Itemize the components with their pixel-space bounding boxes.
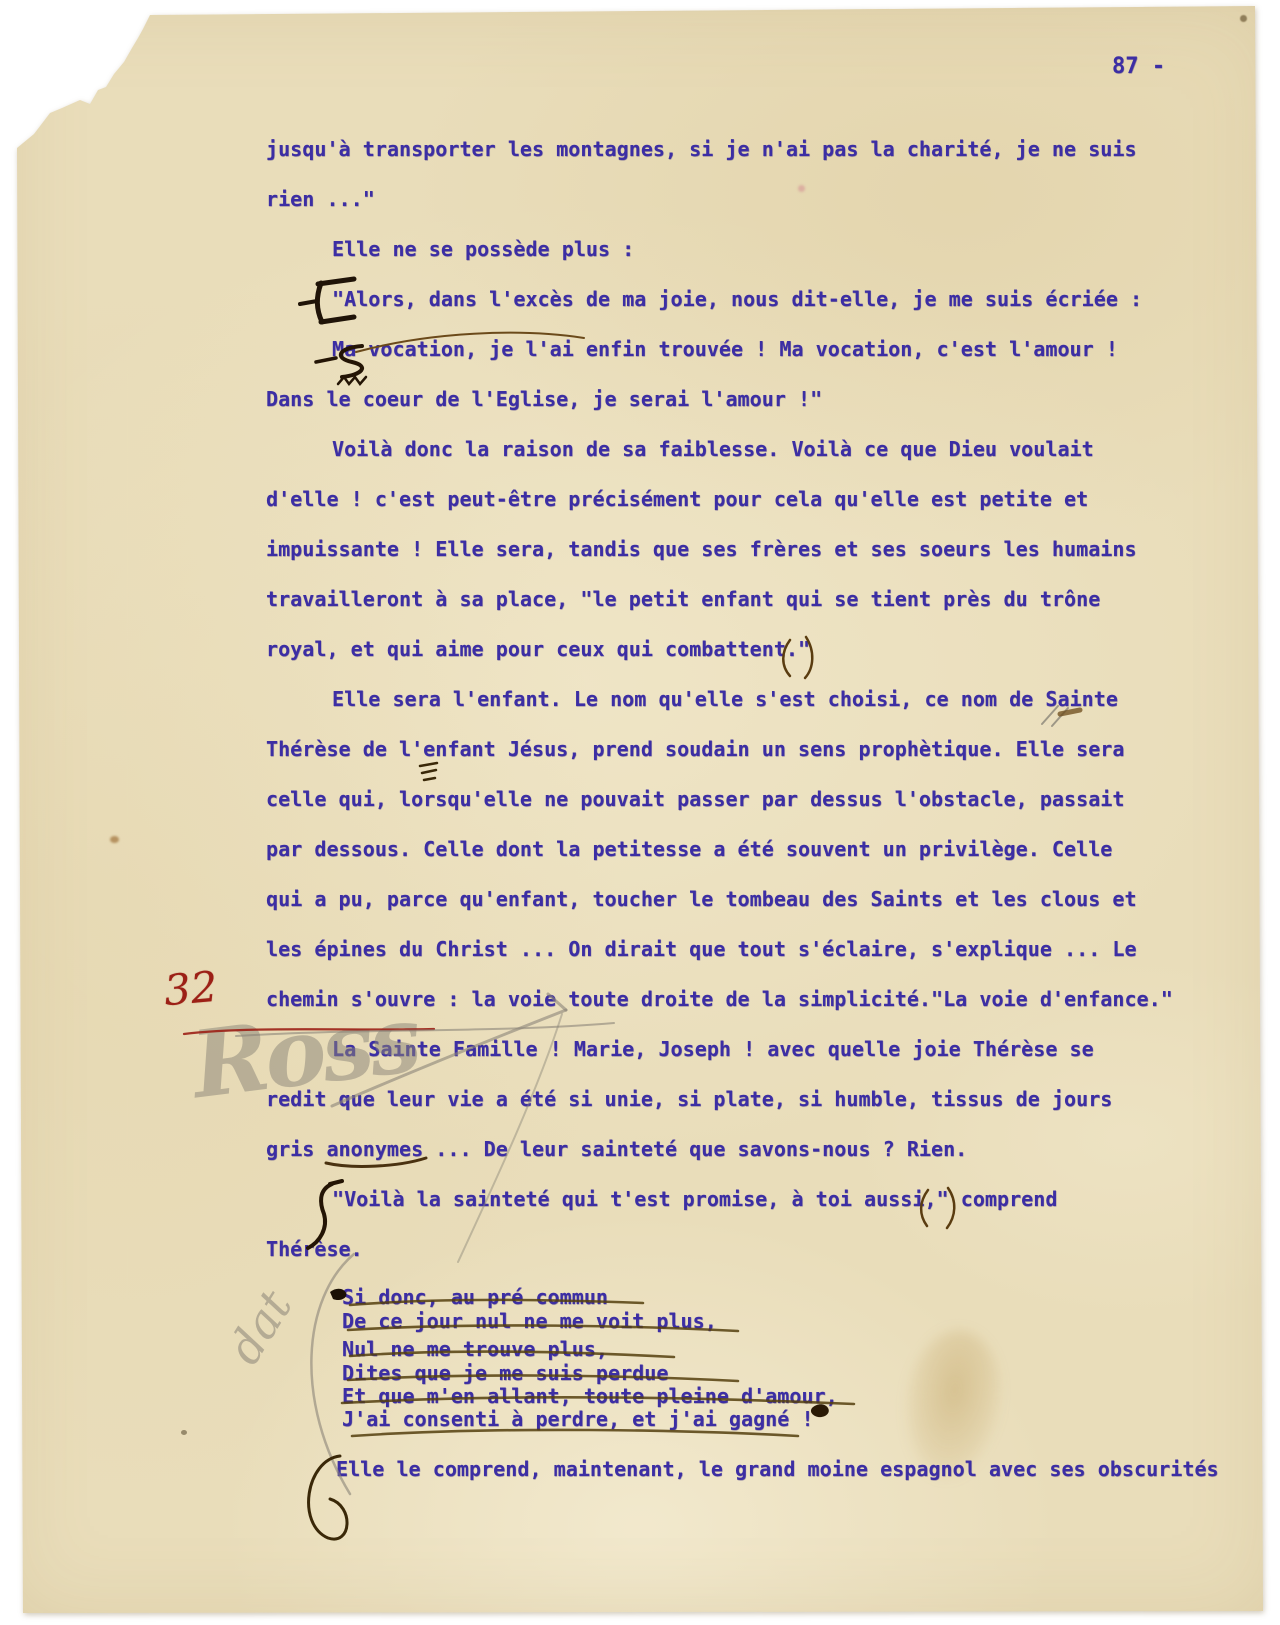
typed-line: "Alors, dans l'excès de ma joie, nous di…	[332, 288, 1142, 310]
typed-line: royal, et qui aime pour ceux qui combatt…	[266, 638, 810, 660]
typed-line: "Voilà la sainteté qui t'est promise, à …	[332, 1188, 1057, 1210]
typed-line: impuissante ! Elle sera, tandis que ses …	[266, 538, 1137, 560]
poem-line: De ce jour nul ne me voit plus,	[342, 1310, 717, 1332]
typed-line: La Sainte Famille ! Marie, Joseph ! avec…	[332, 1038, 1094, 1060]
manuscript-scan: 87 - jusqu'à transporter les montagnes, …	[0, 0, 1280, 1625]
typed-line: qui a pu, parce qu'enfant, toucher le to…	[266, 888, 1137, 910]
typed-line: travailleront à sa place, "le petit enfa…	[266, 588, 1100, 610]
typed-line: Thérèse de l'enfant Jésus, prend soudain…	[266, 738, 1124, 760]
paper-sheet: 87 - jusqu'à transporter les montagnes, …	[0, 0, 1280, 1625]
typed-line: par dessous. Celle dont la petitesse a é…	[266, 838, 1112, 860]
typed-line: jusqu'à transporter les montagnes, si je…	[266, 138, 1137, 160]
paper-speck	[181, 1430, 187, 1435]
red-margin-number: 32	[162, 962, 220, 1015]
poem-line: Et que m'en allant, toute pleine d'amour…	[342, 1385, 838, 1407]
paper-speck	[798, 185, 805, 192]
typed-line: Voilà donc la raison de sa faiblesse. Vo…	[332, 438, 1094, 460]
typed-line: gris anonymes ... De leur sainteté que s…	[266, 1138, 967, 1160]
paper-speck	[1240, 15, 1247, 22]
typed-line: Ma vocation, je l'ai enfin trouvée ! Ma …	[332, 338, 1118, 360]
paper-speck	[110, 836, 119, 843]
typed-line: Thérèse.	[266, 1238, 363, 1260]
enfant-underline-mark	[420, 763, 437, 780]
poem-line: Dites que je me suis perdue	[342, 1362, 668, 1384]
poem-line: J'ai consenti à perdre, et j'ai gagné !	[342, 1408, 814, 1430]
poem-line: Si donc, au pré commun	[342, 1286, 608, 1308]
paper-surface: 87 - jusqu'à transporter les montagnes, …	[0, 0, 1280, 1625]
typed-line: d'elle ! c'est peut-être précisément pou…	[266, 488, 1088, 510]
typed-line: rien ..."	[266, 188, 375, 210]
typed-line: les épines du Christ ... On dirait que t…	[266, 938, 1137, 960]
typed-line: Elle sera l'enfant. Le nom qu'elle s'est…	[332, 688, 1118, 710]
typed-line: celle qui, lorsqu'elle ne pouvait passer…	[266, 788, 1124, 810]
pencil-margin-note: dat	[217, 1281, 303, 1374]
typed-line: Dans le coeur de l'Eglise, je serai l'am…	[266, 388, 822, 410]
closing-line: Elle le comprend, maintenant, le grand m…	[336, 1458, 1219, 1480]
poem-line: Nul ne me trouve plus,	[342, 1338, 608, 1360]
typed-line: Elle ne se possède plus :	[332, 238, 634, 260]
page-number: 87 -	[1112, 56, 1165, 78]
